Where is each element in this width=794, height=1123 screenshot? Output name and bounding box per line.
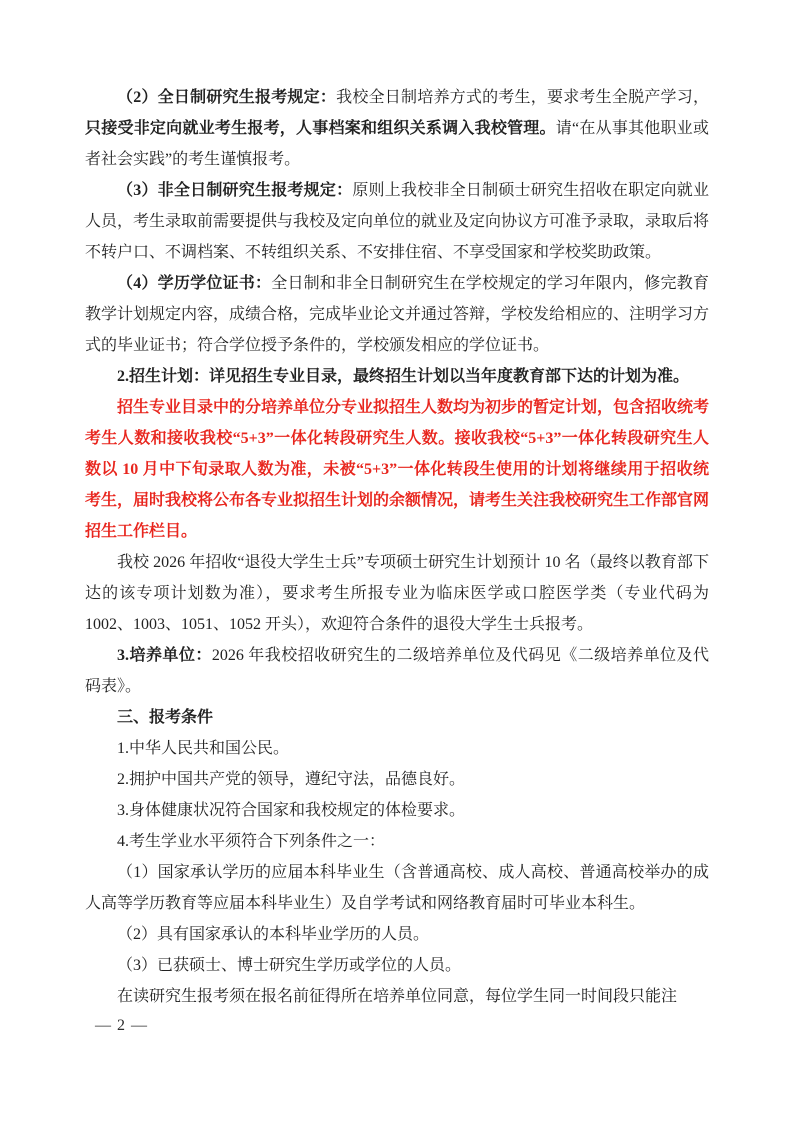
- item-requirement-citizenship: 1.中华人民共和国公民。: [85, 733, 709, 764]
- heading-application-requirements: 三、报考条件: [85, 702, 709, 733]
- page-number: — 2 —: [95, 1012, 148, 1040]
- para-enrollment-plan: 2.招生计划：详见招生专业目录，最终招生计划以当年度教育部下达的计划为准。: [85, 361, 709, 392]
- document-page: （2）全日制研究生报考规定：我校全日制培养方式的考生，要求考生全脱产学习，只接受…: [0, 0, 794, 1123]
- item-requirement-academic-level: 4.考生学业水平须符合下列条件之一：: [85, 826, 709, 857]
- document-body: （2）全日制研究生报考规定：我校全日制培养方式的考生，要求考生全脱产学习，只接受…: [85, 82, 709, 1012]
- text-run: 1.中华人民共和国公民。: [117, 740, 289, 757]
- text-run: 我校全日制培养方式的考生，要求考生全脱产学习，: [336, 89, 709, 106]
- item-academic-condition-3: （3）已获硕士、博士研究生学历或学位的人员。: [85, 950, 709, 981]
- text-run: 3.身体健康状况符合国家和我校规定的体检要求。: [117, 802, 465, 819]
- item-academic-condition-1: （1）国家承认学历的应届本科毕业生（含普通高校、成人高校、普通高校举办的成人高等…: [85, 857, 709, 919]
- text-run-heading: （4）学历学位证书：: [117, 275, 271, 292]
- para-diploma-degree-certificates: （4）学历学位证书：全日制和非全日制研究生在学校规定的学习年限内，修完教育教学计…: [85, 268, 709, 361]
- text-run: 2.拥护中国共产党的领导，遵纪守法，品德良好。: [117, 771, 465, 788]
- item-requirement-health: 3.身体健康状况符合国家和我校规定的体检要求。: [85, 795, 709, 826]
- item-academic-condition-2: （2）具有国家承认的本科毕业学历的人员。: [85, 919, 709, 950]
- para-parttime-application-rules: （3）非全日制研究生报考规定：原则上我校非全日制硕士研究生招收在职定向就业人员，…: [85, 175, 709, 268]
- text-run-heading: （3）非全日制研究生报考规定：: [117, 182, 352, 199]
- text-run: （3）已获硕士、博士研究生学历或学位的人员。: [117, 957, 461, 974]
- item-requirement-party-support: 2.拥护中国共产党的领导，遵纪守法，品德良好。: [85, 764, 709, 795]
- text-run-red-emphasis: 招生专业目录中的分培养单位分专业拟招生人数均为初步的暂定计划，包含招收统考考生人…: [85, 399, 709, 540]
- text-run-heading: 2.招生计划：详见招生专业目录，最终招生计划以当年度教育部下达的计划为准。: [117, 368, 689, 385]
- text-run: （1）国家承认学历的应届本科毕业生（含普通高校、成人高校、普通高校举办的成人高等…: [85, 864, 709, 912]
- para-fulltime-application-rules: （2）全日制研究生报考规定：我校全日制培养方式的考生，要求考生全脱产学习，只接受…: [85, 82, 709, 175]
- text-run-heading: 3.培养单位：: [117, 647, 212, 664]
- text-run: 在读研究生报考须在报名前征得所在培养单位同意，每位学生同一时间段只能注: [117, 988, 677, 1005]
- text-run: 我校 2026 年招收“退役大学生士兵”专项硕士研究生计划预计 10 名（最终以…: [85, 554, 709, 633]
- para-current-graduate-students-note: 在读研究生报考须在报名前征得所在培养单位同意，每位学生同一时间段只能注: [85, 981, 709, 1012]
- text-run-section-heading: 三、报考条件: [117, 709, 213, 726]
- para-veteran-soldier-special-plan: 我校 2026 年招收“退役大学生士兵”专项硕士研究生计划预计 10 名（最终以…: [85, 547, 709, 640]
- para-training-units: 3.培养单位：2026 年我校招收研究生的二级培养单位及代码见《二级培养单位及代…: [85, 640, 709, 702]
- text-run-emphasis: 只接受非定向就业考生报考，人事档案和组织关系调入我校管理。: [85, 120, 556, 137]
- text-run: 4.考生学业水平须符合下列条件之一：: [117, 833, 385, 850]
- text-run: （2）具有国家承认的本科毕业学历的人员。: [117, 926, 429, 943]
- text-run-heading: （2）全日制研究生报考规定：: [117, 89, 336, 106]
- para-enrollment-plan-red-note: 招生专业目录中的分培养单位分专业拟招生人数均为初步的暂定计划，包含招收统考考生人…: [85, 392, 709, 547]
